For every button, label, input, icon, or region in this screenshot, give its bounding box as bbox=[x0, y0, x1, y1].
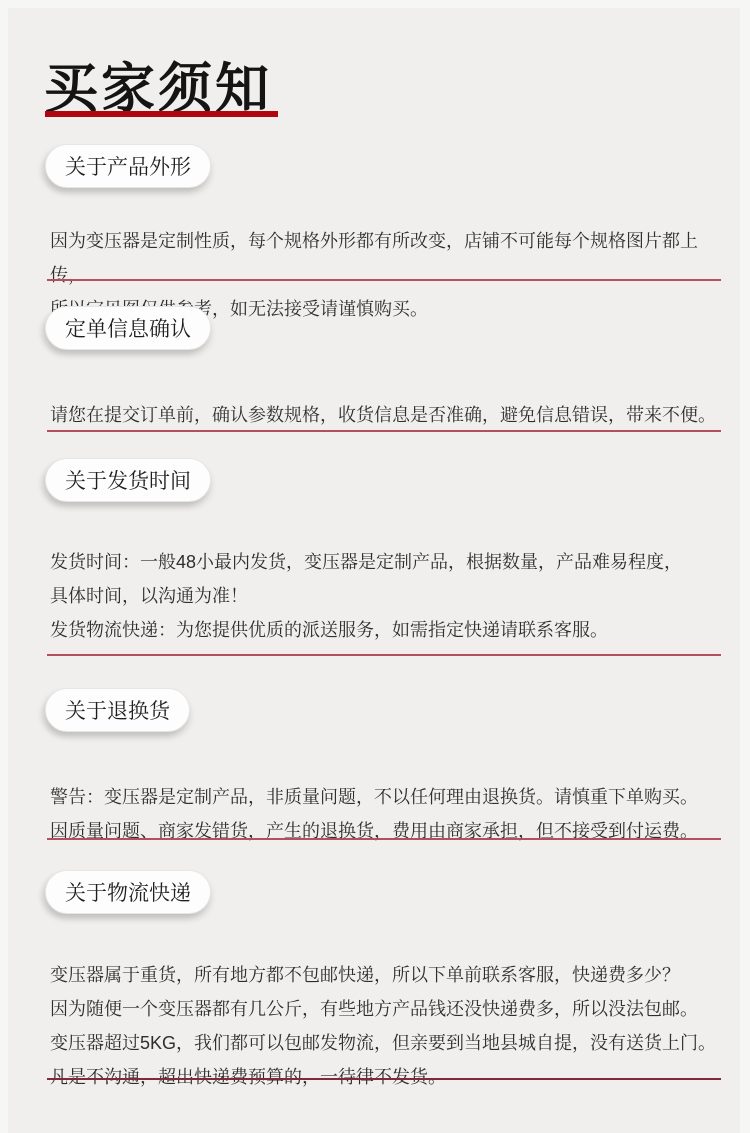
section-badge-label: 关于物流快递 bbox=[65, 877, 191, 907]
section-badge-product-appearance: 关于产品外形 bbox=[45, 144, 211, 188]
section-body-shipping-time: 发货时间：一般48小最内发货，变压器是定制产品，根据数量，产品难易程度， 具体时… bbox=[50, 545, 730, 647]
page-edge-left bbox=[0, 0, 8, 1133]
section-badge-label: 关于发货时间 bbox=[65, 465, 191, 495]
section-badge-label: 关于退换货 bbox=[65, 695, 170, 725]
title-underline bbox=[45, 111, 278, 117]
section-body-logistics: 变压器属于重货，所有地方都不包邮快递，所以下单前联系客服，快递费多少？ 因为随便… bbox=[50, 958, 730, 1094]
buyer-notice-page: 买家须知 关于产品外形 因为变压器是定制性质，每个规格外形都有所改变，店铺不可能… bbox=[0, 0, 750, 1133]
page-edge-top bbox=[0, 0, 750, 8]
section-badge-shipping-time: 关于发货时间 bbox=[45, 458, 211, 502]
section-body-order-confirmation: 请您在提交订单前，确认参数规格，收货信息是否准确，避免信息错误，带来不便。 bbox=[50, 398, 730, 432]
section-divider bbox=[47, 430, 721, 432]
section-divider bbox=[47, 838, 721, 840]
section-badge-logistics: 关于物流快递 bbox=[45, 870, 211, 914]
section-badge-order-confirmation: 定单信息确认 bbox=[45, 306, 211, 350]
section-badge-label: 定单信息确认 bbox=[65, 313, 191, 343]
section-badge-returns: 关于退换货 bbox=[45, 688, 190, 732]
section-divider bbox=[47, 279, 721, 281]
section-divider-last bbox=[47, 1078, 721, 1080]
section-badge-label: 关于产品外形 bbox=[65, 151, 191, 181]
page-edge-right bbox=[740, 0, 750, 1133]
section-divider bbox=[47, 654, 721, 656]
